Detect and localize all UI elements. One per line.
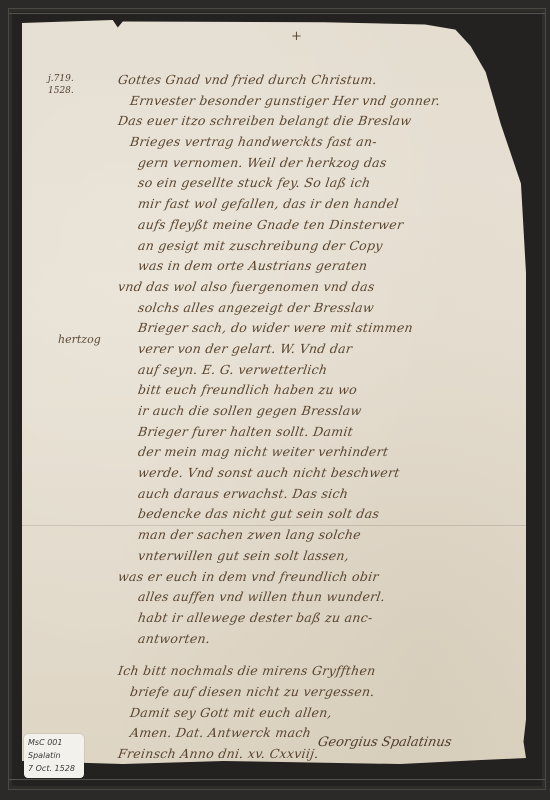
text-line: antworten. <box>117 629 520 650</box>
text-line: briefe auf diesen nicht zu vergessen. <box>117 682 520 703</box>
signature: Georgius Spalatinus <box>317 735 453 750</box>
margin-note: hertzog <box>58 333 101 346</box>
catalog-label-author: Spalatin <box>28 749 80 762</box>
text-line: an gesigt mit zuschreibung der Copy <box>117 236 520 257</box>
text-line: Brieger furer halten sollt. Damit <box>117 422 520 443</box>
margin-reference-year: 1528. <box>48 85 74 97</box>
margin-reference: j.719. 1528. <box>48 73 74 97</box>
margin-reference-folio: j.719. <box>48 73 74 85</box>
text-line: was in dem orte Austrians geraten <box>117 256 520 277</box>
text-line: aufs fleyßt meine Gnade ten Dinsterwer <box>117 215 520 236</box>
text-line: habt ir allewege dester baß zu anc- <box>117 608 520 629</box>
catalog-label-date: 7 Oct. 1528 <box>28 762 80 775</box>
text-line: auf seyn. E. G. verwetterlich <box>117 360 520 381</box>
text-line: was er euch in dem vnd freundlich obir <box>117 567 520 588</box>
text-line: auch daraus erwachst. Das sich <box>117 484 520 505</box>
cross-mark: + <box>291 29 302 44</box>
text-line: Das euer itzo schreiben belangt die Bres… <box>117 111 520 132</box>
text-line: Gottes Gnad vnd fried durch Christum. <box>117 70 520 91</box>
text-line: solchs alles angezeigt der Bresslaw <box>117 298 520 319</box>
text-line: Brieger sach, do wider were mit stimmen <box>117 318 520 339</box>
text-line: so ein gesellte stuck fey. So laß ich <box>117 173 520 194</box>
text-line: alles auffen vnd willen thun wunderl. <box>117 587 520 608</box>
text-line: werde. Vnd sonst auch nicht beschwert <box>117 463 520 484</box>
catalog-label: MsC 001 Spalatin 7 Oct. 1528 <box>24 734 84 778</box>
sleeve-edge-top <box>9 13 545 14</box>
text-line: vnterwillen gut sein solt lassen, <box>117 546 520 567</box>
text-line: Brieges vertrag handwerckts fast an- <box>117 132 520 153</box>
text-line: der mein mag nicht weiter verhindert <box>117 442 520 463</box>
catalog-label-shelfmark: MsC 001 <box>28 736 80 749</box>
text-line: verer von der gelart. W. Vnd dar <box>117 339 520 360</box>
text-line: bedencke das nicht gut sein solt das <box>117 504 520 525</box>
text-line: Damit sey Gott mit euch allen, <box>117 703 520 724</box>
text-line: vnd das wol also fuergenomen vnd das <box>117 277 520 298</box>
text-line: bitt euch freundlich haben zu wo <box>117 380 520 401</box>
letter-body: Gottes Gnad vnd fried durch Christum. Er… <box>118 70 518 765</box>
text-line: man der sachen zwen lang solche <box>117 525 520 546</box>
text-line: mir fast wol gefallen, das ir den handel <box>117 194 520 215</box>
text-line: gern vernomen. Weil der herkzog das <box>117 153 520 174</box>
sleeve-edge-bottom <box>9 779 545 780</box>
text-line: Ich bitt nochmals die mirens Gryffthen <box>117 661 520 682</box>
text-line: ir auch die sollen gegen Bresslaw <box>117 401 520 422</box>
text-line: Ernvester besonder gunstiger Her vnd gon… <box>117 91 520 112</box>
